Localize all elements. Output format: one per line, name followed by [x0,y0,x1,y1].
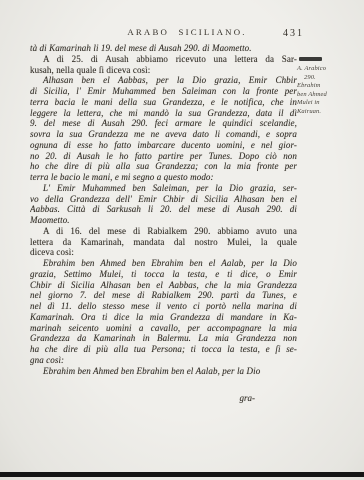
margin-note-line: A. Arabico [297,65,359,74]
scanned-book-page: ARABO SICILIANO. 431 tà di Kamarinah li … [0,0,364,480]
text-line: leggere la lettera, che mi mandò la sua … [30,108,297,119]
catchword-row: gra- [30,388,297,406]
scan-edge-line [0,472,364,477]
running-head: ARABO SICILIANO. 431 [0,27,364,41]
text-line: marinah seicento uomini a cavallo, per a… [30,323,297,334]
text-line: Maometto. [30,215,297,226]
margin-note-text: A. Arabico290.Ebrahimben AhmedMulei inKa… [297,65,359,117]
text-line: terra bacia le mani della sua Grandezza,… [30,97,297,108]
text-line: Alhasan ben el Aabbas, per la Dio grazia… [30,75,297,86]
text-line: diceva così: [30,247,297,258]
text-line: Ebrahim ben Ahmed ben Ebrahim ben el Aal… [30,366,297,377]
text-line: sovra la sua Grandezza me ne aveva dato … [30,129,297,140]
text-line: Chbir di Sicilia Alhasan ben el Aabbas, … [30,280,297,291]
page-number: 431 [283,28,304,39]
text-line: tà di Kamarinah li 19. del mese di Ausah… [30,43,297,54]
margin-note-line: Mulei in [297,99,359,108]
text-line: 9. del mese di Ausah 290. feci armare le… [30,118,297,129]
margin-note-rule [299,57,322,61]
margin-note-line: Kairuan. [297,108,359,117]
page-header-title: ARABO SICILIANO. [127,27,246,37]
text-line: A di 25. di Ausah abbiamo ricevuto una l… [30,54,297,65]
margin-note-line: Ebrahim [297,82,359,91]
text-line: nel giorno 7. del mese di Rabialkem 290.… [30,290,297,301]
text-line: kusah, nella quale ſi diceva così: [30,65,297,76]
margin-note: A. Arabico290.Ebrahimben AhmedMulei inKa… [297,57,359,117]
text-line: nel dì 11. dello stesso mese il vento ci… [30,301,297,312]
text-line: lettera da Kamarinah, mandata dal nostro… [30,237,297,248]
text-line: Grandezza da Kamarinah in Balermu. La mi… [30,333,297,344]
text-line: L' Emir Muhammed ben Saleiman, per la Di… [30,183,297,194]
text-line: vo della Grandezza dell' Emir Chbir di S… [30,194,297,205]
catchword: gra- [240,393,256,403]
text-line: ognuna di esse ho fatto imbarcare ducent… [30,140,297,151]
text-line: no 20. di Ausah le ho fatto partire per … [30,151,297,162]
text-line: ha che dire di più alla tua Persona; ti … [30,344,297,355]
text-line: grazia, Settimo Mulei, ti tocca la testa… [30,269,297,280]
margin-note-line: ben Ahmed [297,91,359,100]
margin-note-line: 290. [297,74,359,83]
text-line: Ebrahim ben Ahmed ben Ebrahim ben el Aal… [30,258,297,269]
body-text: tà di Kamarinah li 19. del mese di Ausah… [30,43,297,376]
text-line: terra le bacio le mani, e mi segno a que… [30,172,297,183]
text-line: Aabbas. Città di Sarkusah li 20. del mes… [30,204,297,215]
text-line: A di 16. del mese di Rabialkem 290. abbi… [30,226,297,237]
text-line: gna così: [30,355,297,366]
text-line: Kamarinah. Ora ti dice la mia Grandezza … [30,312,297,323]
text-line: ho che dire di più alla sua Grandezza; c… [30,161,297,172]
text-line: di Sicilia, l' Emir Muhammed ben Saleima… [30,86,297,97]
